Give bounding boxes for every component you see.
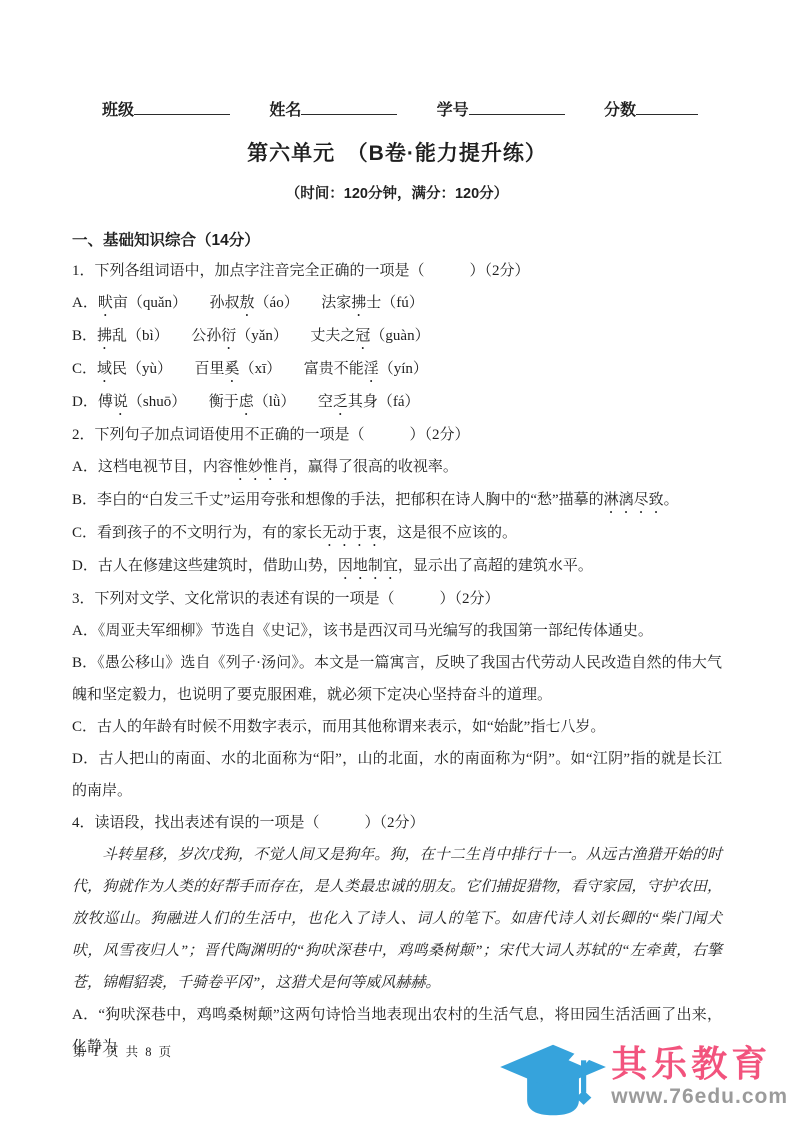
question-4-stem: 4．读语段，找出表述有误的一项是（ ）（2分） (72, 807, 722, 839)
paper-subtitle: （时间：120分钟，满分：120分） (72, 182, 722, 203)
paper-title: 第六单元 （B卷·能力提升练） (72, 137, 722, 167)
question-1-option-a: A．畎亩（quǎn） 孙叔敖（áo） 法家拂士（fú） (72, 287, 722, 320)
publisher-name: 其乐教育 (611, 1046, 788, 1082)
question-2-option-a: A．这档电视节目，内容惟妙惟肖，赢得了很高的收视率。 (72, 451, 722, 484)
question-3-option-b: B．《愚公移山》选自《列子·汤问》。本文是一篇寓言，反映了我国古代劳动人民改造自… (72, 647, 722, 711)
student-id-label: 学号 (437, 102, 469, 119)
class-label: 班级 (102, 102, 134, 119)
class-field: 班级 (102, 97, 230, 120)
question-1-option-b: B．拂乱（bì） 公孙衍（yǎn） 丈夫之冠（guàn） (72, 320, 722, 353)
student-info-row: 班级 姓名 学号 分数 (72, 97, 722, 120)
question-3-option-d: D．古人把山的南面、水的北面称为“阳”，山的北面，水的南面称为“阴”。如“江阴”… (72, 743, 722, 807)
name-field: 姓名 (269, 97, 397, 120)
student-id-field: 学号 (437, 97, 565, 120)
section-1-heading: 一、基础知识综合（14分） (72, 228, 722, 250)
score-field: 分数 (604, 97, 698, 120)
question-3-option-a: A．《周亚夫军细柳》节选自《史记》，该书是西汉司马光编写的我国第一部纪传体通史。 (72, 615, 722, 647)
questions-area: 1．下列各组词语中，加点字注音完全正确的一项是（ ）（2分） A．畎亩（quǎn… (72, 255, 722, 1063)
question-3-option-c: C．古人的年龄有时候不用数字表示，而用其他称谓来表示，如“始龀”指七八岁。 (72, 711, 722, 743)
graduation-cap-icon (495, 1038, 609, 1122)
question-1-stem: 1．下列各组词语中，加点字注音完全正确的一项是（ ）（2分） (72, 255, 722, 287)
question-1-option-c: C．域民（yù） 百里奚（xī） 富贵不能淫（yín） (72, 353, 722, 386)
class-blank (134, 99, 230, 115)
question-2-option-c: C．看到孩子的不文明行为，有的家长无动于衷，这是很不应该的。 (72, 517, 722, 550)
question-3-stem: 3．下列对文学、文化常识的表述有误的一项是（ ）（2分） (72, 583, 722, 615)
score-blank (636, 99, 698, 115)
exam-page: 班级 姓名 学号 分数 第六单元 （B卷·能力提升练） （时间：120分钟，满分… (0, 0, 793, 1122)
name-label: 姓名 (269, 102, 301, 119)
question-4-passage: 斗转星移，岁次戊狗，不觉人间又是狗年。狗，在十二生肖中排行十一。从远古渔猎开始的… (72, 839, 722, 999)
score-label: 分数 (604, 102, 636, 119)
publisher-logo-text: 其乐教育 www.76edu.com (611, 1046, 788, 1114)
name-blank (301, 99, 397, 115)
question-2-stem: 2．下列句子加点词语使用不正确的一项是（ ）（2分） (72, 419, 722, 451)
page-number: 第 1 页 共 8 页 (73, 1042, 173, 1060)
publisher-website: www.76edu.com (611, 1085, 788, 1108)
publisher-logo: 其乐教育 www.76edu.com (495, 1038, 788, 1122)
question-2-option-b: B．李白的“白发三千丈”运用夸张和想像的手法，把郁积在诗人胸中的“愁”描摹的淋漓… (72, 484, 722, 517)
student-id-blank (469, 99, 565, 115)
question-1-option-d: D．傅说（shuō） 衡于虑（lǜ） 空乏其身（fá） (72, 386, 722, 419)
question-2-option-d: D．古人在修建这些建筑时，借助山势，因地制宜，显示出了高超的建筑水平。 (72, 550, 722, 583)
